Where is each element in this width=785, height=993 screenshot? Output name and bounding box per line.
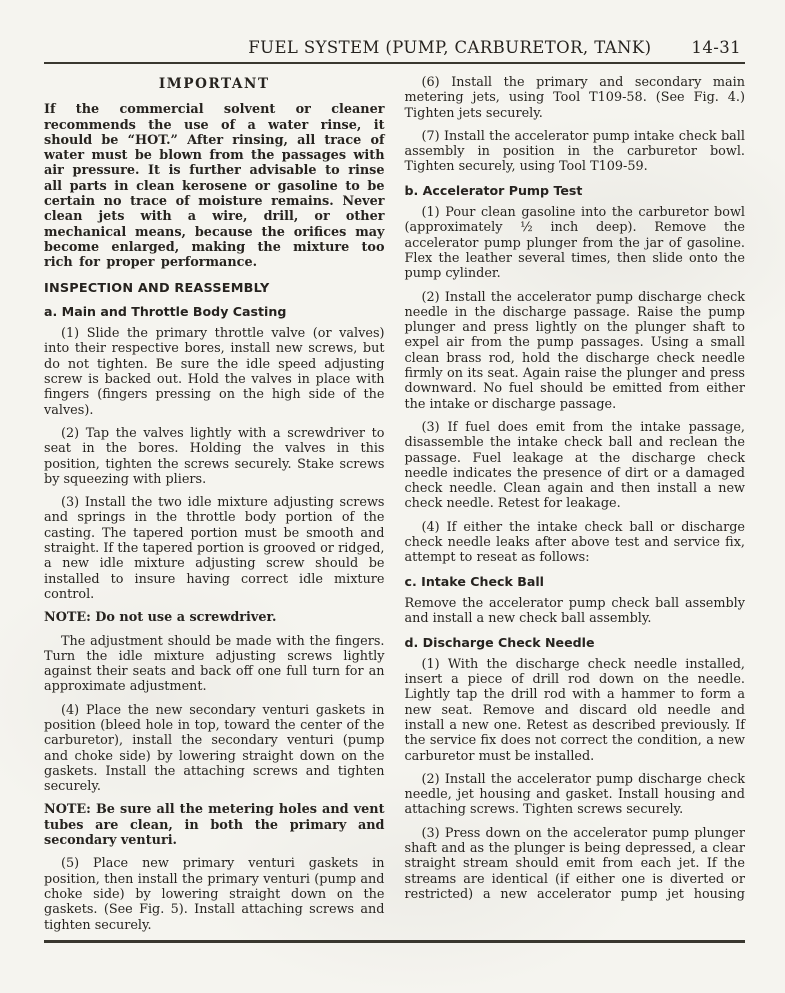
subsection-heading-d-discharge-check-needle: d. Discharge Check Needle [405, 635, 746, 650]
paragraph-c1: Remove the accelerator pump check ball a… [405, 596, 746, 627]
right-column: (6) Install the primary and secondary ma… [405, 75, 746, 941]
paragraph-a1: (1) Slide the primary throttle valve (or… [44, 326, 385, 418]
section-heading-inspection-and-reassembly: INSPECTION AND REASSEMBLY [44, 281, 385, 296]
paragraph-a5: (5) Place new primary venturi gaskets in… [44, 856, 385, 932]
paragraph-a3: (3) Install the two idle mixture adjusti… [44, 495, 385, 602]
manual-page: FUEL SYSTEM (PUMP, CARBURETOR, TANK) 14-… [0, 0, 785, 993]
paragraph-a6: (6) Install the primary and secondary ma… [405, 75, 746, 121]
subsection-heading-c-intake-check-ball: c. Intake Check Ball [405, 574, 746, 589]
paragraph-a2: (2) Tap the valves lightly with a screwd… [44, 426, 385, 487]
paragraph-d2: (2) Install the accelerator pump dischar… [405, 772, 746, 818]
paragraph-a4: (4) Place the new secondary venturi gask… [44, 703, 385, 795]
paragraph-d1: (1) With the discharge check needle inst… [405, 657, 746, 764]
paragraph-b3: (3) If fuel does emit from the intake pa… [405, 420, 746, 512]
bottom-page-rule [44, 940, 745, 943]
page-number: 14-31 [691, 38, 741, 57]
paragraph-b4: (4) If either the intake check ball or d… [405, 520, 746, 566]
header-title: FUEL SYSTEM (PUMP, CARBURETOR, TANK) [248, 38, 651, 57]
paragraph-b2: (2) Install the accelerator pump dischar… [405, 290, 746, 412]
note-do-not-use-screwdriver: NOTE: Do not use a screwdriver. [44, 610, 385, 625]
two-column-body: IMPORTANT If the commercial solvent or c… [44, 75, 745, 941]
paragraph-a7: (7) Install the accelerator pump intake … [405, 129, 746, 175]
note-metering-holes: NOTE: Be sure all the metering holes and… [44, 802, 385, 848]
paragraph-adjustment: The adjustment should be made with the f… [44, 634, 385, 695]
subsection-heading-a-main-and-throttle-body-casting: a. Main and Throttle Body Casting [44, 304, 385, 319]
important-paragraph: If the commercial solvent or cleaner rec… [44, 102, 385, 270]
subsection-heading-b-accelerator-pump-test: b. Accelerator Pump Test [405, 183, 746, 198]
important-heading: IMPORTANT [44, 77, 385, 92]
paragraph-b1: (1) Pour clean gasoline into the carbure… [405, 205, 746, 281]
left-column: IMPORTANT If the commercial solvent or c… [44, 75, 385, 941]
page-header: FUEL SYSTEM (PUMP, CARBURETOR, TANK) 14-… [44, 0, 745, 64]
paragraph-d3-continued: (3) Press down on the accelerator pump p… [405, 826, 746, 902]
